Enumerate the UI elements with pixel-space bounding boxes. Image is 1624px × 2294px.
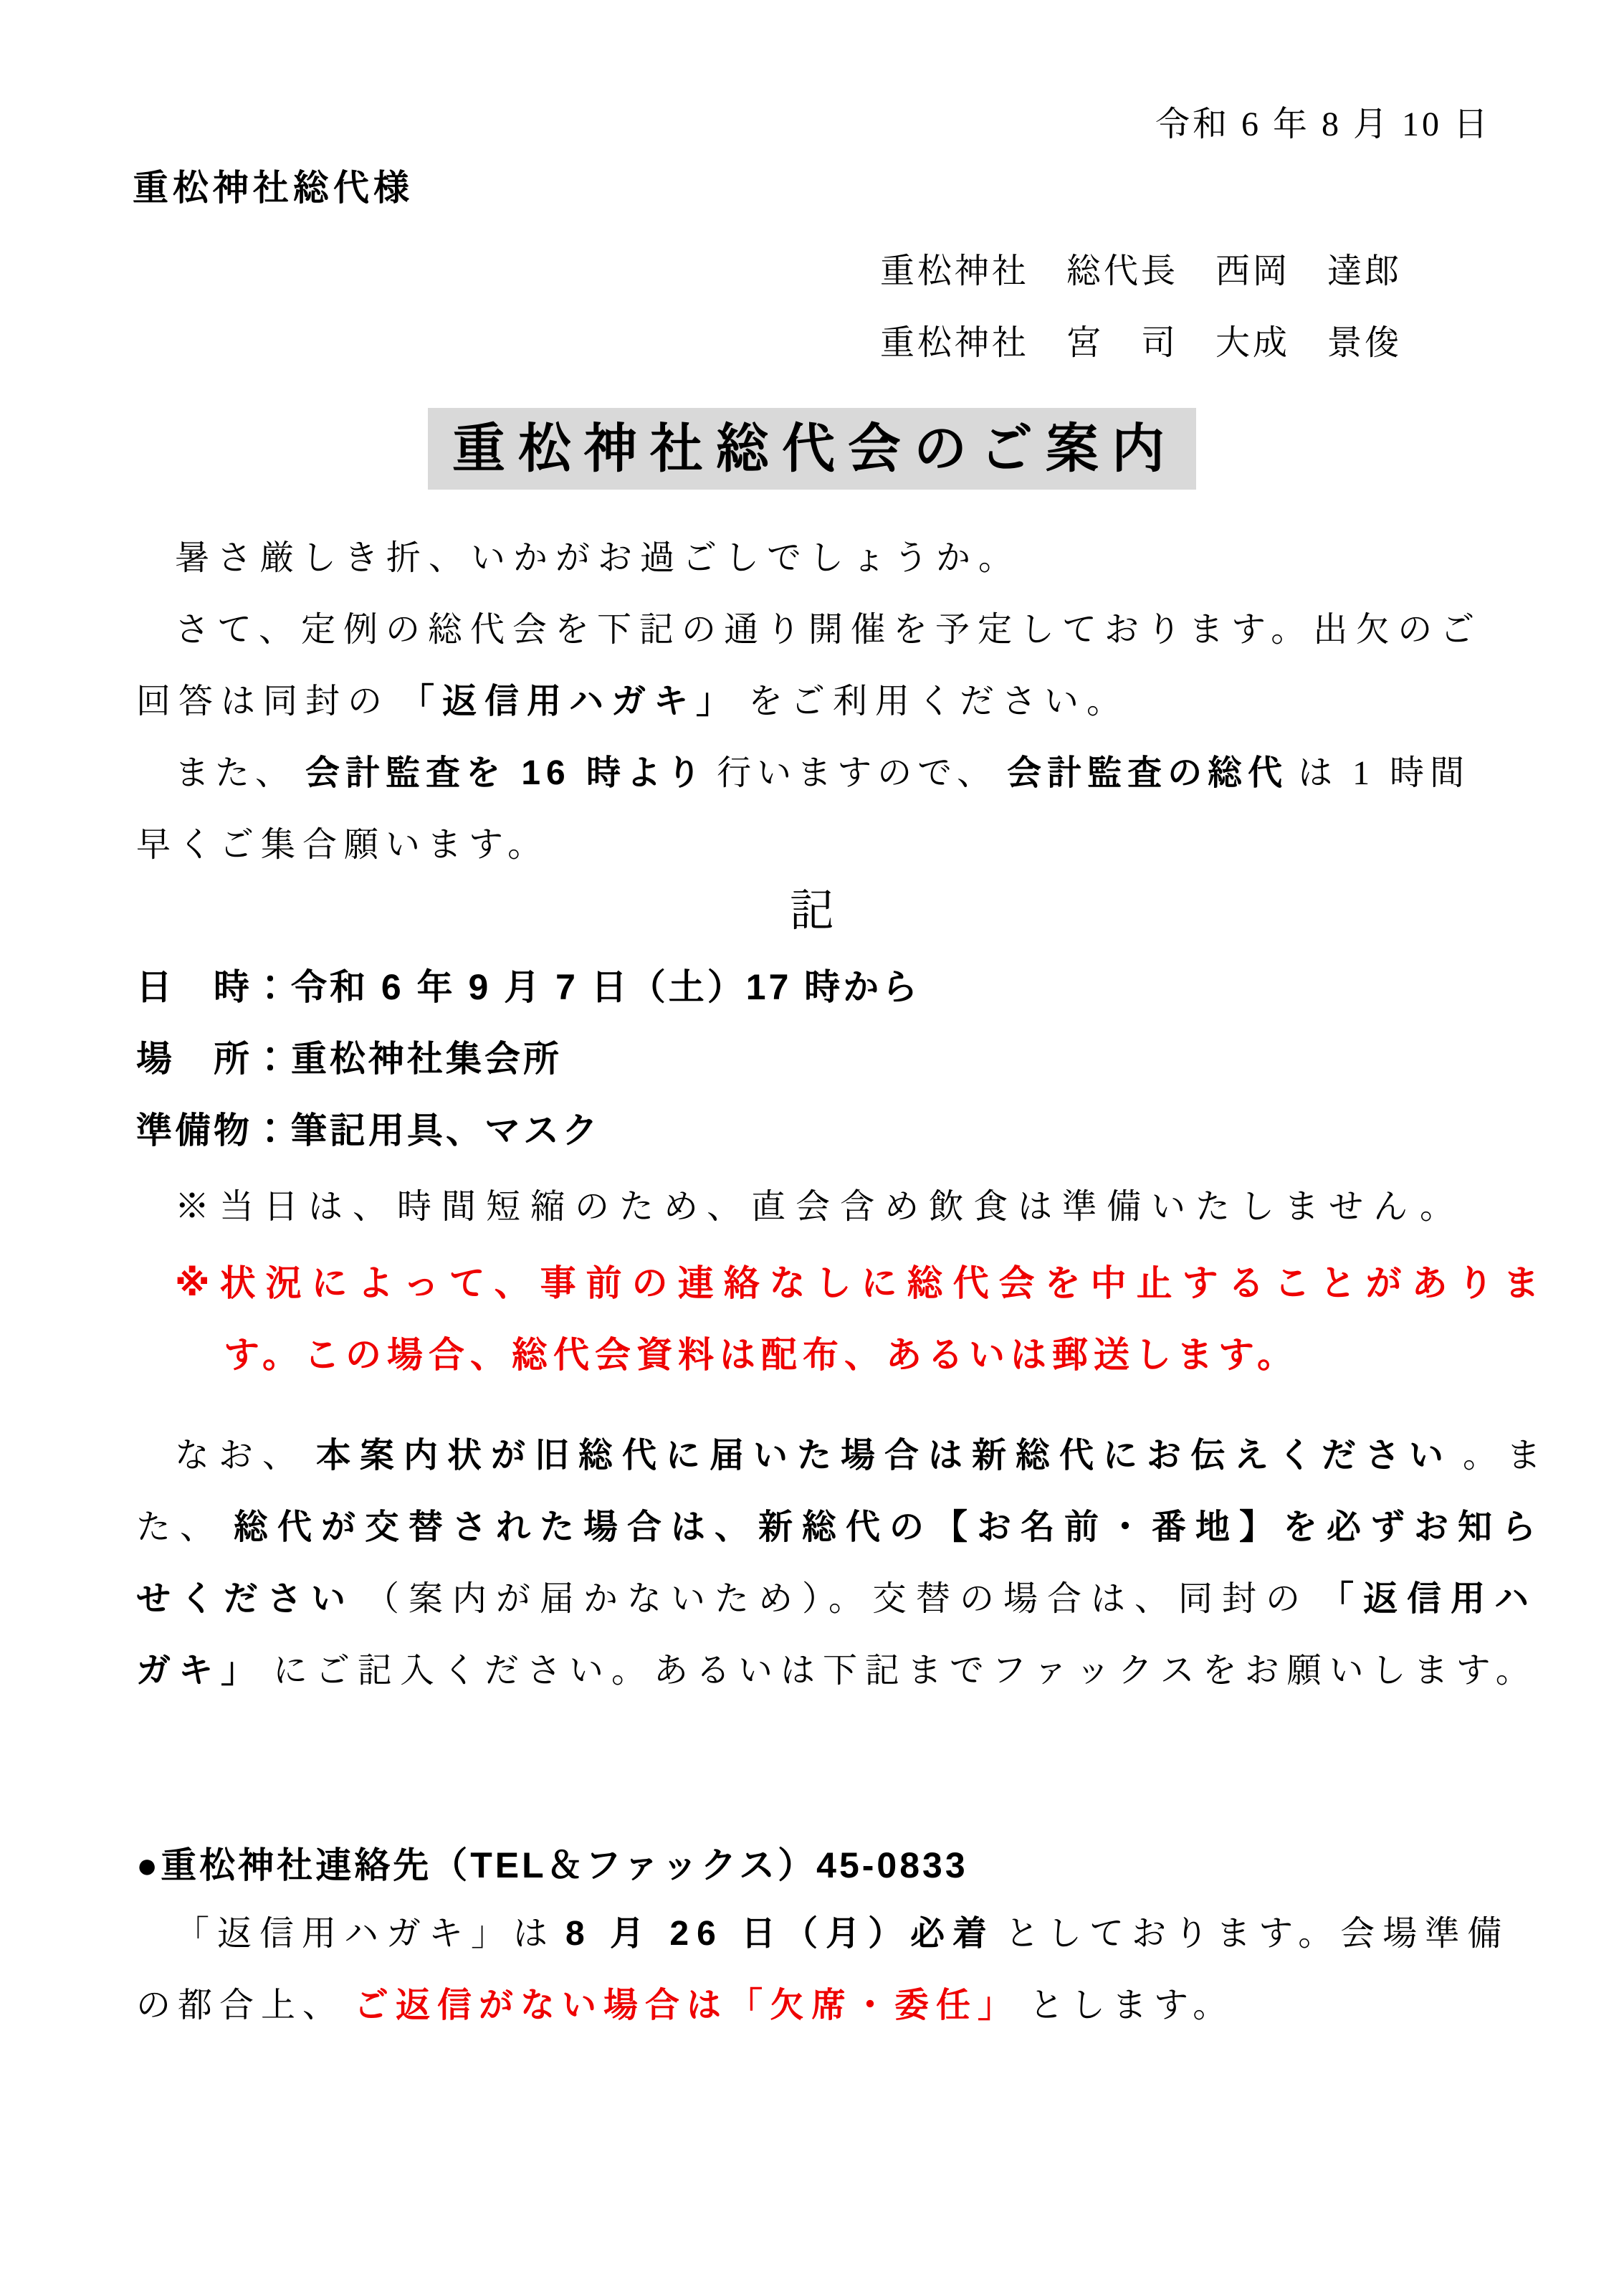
note-cancellation-line2: す。この場合、総代会資料は配布、あるいは郵送します。 [224, 1337, 1299, 1373]
detail-place: 場 所：重松神社集会所 [136, 1041, 562, 1077]
note-no-food: ※当日は、時間短縮のため、直会含め飲食は準備いたしません。 [175, 1190, 1464, 1224]
body-line-reply-postcard: 回答は同封の「返信用ハガキ」をご利用ください。 [136, 685, 1129, 719]
sender-sodaicho: 重松神社 総代長 西岡 達郎 [880, 254, 1402, 289]
greeting-line: 暑さ厳しき折、いかがお過ごしでしょうか。 [175, 541, 1021, 576]
warning-post: とします。 [1029, 1986, 1234, 2024]
issue-date: 令和 6 年 8 月 10 日 [1155, 108, 1491, 142]
detail-datetime: 日 時：令和 6 年 9 月 7 日（土）17 時から [136, 969, 920, 1005]
notice-old-delegate-line2: た、総代が交替された場合は、新総代の【お名前・番地】を必ずお知ら [136, 1510, 1545, 1545]
deadline-date-emphasis: 8 月 26 日（月）必着 [565, 1915, 995, 1953]
sender-guji: 重松神社 宮 司 大成 景俊 [880, 326, 1402, 361]
reply-line-pre: 回答は同封の [136, 682, 390, 720]
body-line-audit: また、会計監査を 16 時より行いますので、会計監査の総代は 1 時間 [175, 756, 1470, 791]
notice1-pre: なお、 [175, 1437, 306, 1475]
document-title: 重松神社総代会のご案内 [428, 408, 1196, 490]
deadline-pre: 「返信用ハガキ」は [175, 1915, 555, 1953]
audit-delegates-emphasis: 会計監査の総代 [1007, 754, 1288, 792]
notice3-emphasis-2: 「返信用ハ [1319, 1580, 1538, 1618]
notice4-emphasis: ガキ」 [136, 1652, 263, 1690]
notice2-pre: た、 [136, 1508, 224, 1546]
warning-pre: の都合上、 [136, 1986, 344, 2024]
notice2-emphasis: 総代が交替された場合は、新総代の【お名前・番地】を必ずお知ら [234, 1508, 1545, 1546]
audit-time-emphasis: 会計監査を 16 時より [305, 754, 707, 792]
deadline-post: としております。会場準備 [1005, 1915, 1509, 1953]
recipient-line: 重松神社総代様 [133, 170, 414, 206]
audit-line-mid: 行いますので、 [717, 754, 997, 792]
notice-old-delegate-line3: せください（案内が届かないため）。交替の場合は、同封の「返信用ハ [136, 1582, 1538, 1617]
document-page: 令和 6 年 8 月 10 日 重松神社総代様 重松神社 総代長 西岡 達郎 重… [0, 0, 1624, 2294]
notice1-post: 。ま [1463, 1437, 1550, 1475]
detail-items: 準備物：筆記用具、マスク [136, 1113, 601, 1148]
contact-info-line: ●重松神社連絡先（TEL＆ファックス）45-0833 [136, 1847, 968, 1883]
body-line-meeting-announce: さて、定例の総代会を下記の通り開催を予定しております。出欠のご [175, 613, 1482, 647]
no-reply-warning-line: の都合上、ご返信がない場合は「欠席・委任」とします。 [136, 1989, 1234, 2023]
notice3-mid: （案内が届かないため）。交替の場合は、同封の [365, 1580, 1309, 1618]
notice4-post: にご記入ください。あるいは下記までファックスをお願いします。 [273, 1652, 1538, 1690]
notice3-emphasis-1: せください [136, 1580, 355, 1618]
notice-old-delegate-line1: なお、本案内状が旧総代に届いた場合は新総代にお伝えください。ま [175, 1439, 1550, 1473]
audit-line-post: は 1 時間 [1298, 754, 1470, 792]
audit-line-pre: また、 [175, 754, 295, 792]
reply-postcard-emphasis: 「返信用ハガキ」 [400, 682, 738, 720]
ki-marker: 記 [0, 889, 1624, 933]
note-cancellation-line1: ※状況によって、事前の連絡なしに総代会を中止することがありま [175, 1265, 1549, 1301]
deadline-line: 「返信用ハガキ」は8 月 26 日（月）必着としております。会場準備 [175, 1917, 1509, 1951]
reply-line-post: をご利用ください。 [748, 682, 1129, 720]
warning-red-emphasis: ご返信がない場合は「欠席・委任」 [354, 1986, 1019, 2024]
body-line-gather-early: 早くご集合願います。 [136, 828, 549, 862]
notice1-emphasis: 本案内状が旧総代に届いた場合は新総代にお伝えください [316, 1437, 1453, 1475]
notice-old-delegate-line4: ガキ」にご記入ください。あるいは下記までファックスをお願いします。 [136, 1654, 1538, 1688]
